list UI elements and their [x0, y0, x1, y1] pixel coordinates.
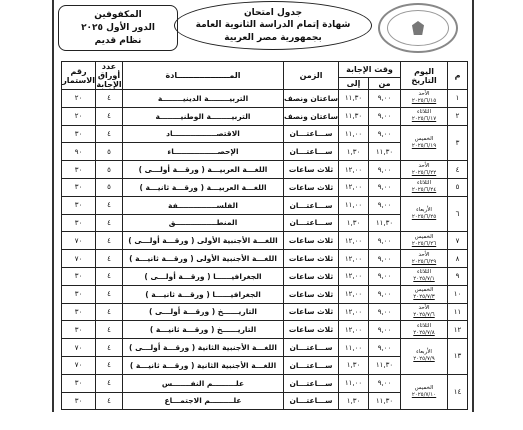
day-date-cell: الأحد٢٠٢٥/٦/٢٢ [401, 161, 448, 179]
subject: التاريــــــخ ( ورقـــة ثانيـــة ) [123, 321, 284, 339]
form-number: ٣٠ [62, 267, 96, 285]
start-time: ٩,٠٠ [369, 107, 401, 125]
subject: الجغرافيــــــا ( ورقـــة ثانيـــة ) [123, 285, 284, 303]
session-info-box: المكفوفين الدور الأول ٢٠٢٥ نظام قديم [58, 5, 178, 51]
col-header-sheets: عدد أوراق الإجابة [96, 62, 123, 90]
day-date-cell: الثلاثاء٢٠٢٥/٧/٨ [401, 321, 448, 339]
eagle-emblem-icon [412, 21, 424, 35]
row-number: ١٤ [448, 374, 468, 410]
end-time: ١٢,٠٠ [339, 285, 369, 303]
day-name: الثلاثاء [401, 269, 447, 276]
form-number: ٧٠ [62, 339, 96, 357]
exam-date: ٢٠٢٥/٦/٢٦ [401, 241, 447, 248]
day-name: الأربعاء [401, 207, 447, 214]
exam-date: ٢٠٢٥/٦/٢٩ [401, 259, 447, 266]
day-name: الثلاثاء [401, 180, 447, 187]
exam-date: ٢٠٢٥/٦/٢٢ [401, 170, 447, 177]
end-time: ١٢,٠٠ [339, 303, 369, 321]
duration: ثلاث ساعات [284, 178, 339, 196]
exam-date: ٢٠٢٥/٧/٣ [401, 294, 447, 301]
form-number: ٩٠ [62, 143, 96, 161]
start-time: ٩,٠٠ [369, 321, 401, 339]
day-date-cell: الثلاثاء٢٠٢٥/٦/١٧ [401, 107, 448, 125]
duration: ســـاعتـــان [284, 374, 339, 392]
exam-date: ٢٠٢٥/٧/٩ [401, 356, 447, 363]
duration: ثلاث ساعات [284, 267, 339, 285]
row-number: ١٠ [448, 285, 468, 303]
subject: اللغـــة الأجنبية الثانية ( ورقـــة ثاني… [123, 356, 284, 374]
exam-date: ٢٠٢٥/٦/٢٤ [401, 187, 447, 194]
answer-sheets-count: ٤ [96, 267, 123, 285]
subject: اللغـــة الأجنبية الأولى ( ورقـــة ثانيـ… [123, 250, 284, 268]
answer-sheets-count: ٤ [96, 374, 123, 392]
row-number: ١٣ [448, 339, 468, 375]
table-row: ١٢الثلاثاء٢٠٢٥/٧/٨٩,٠٠١٢,٠٠ثلاث ساعاتالت… [62, 321, 468, 339]
day-name: الخميس [401, 136, 447, 143]
duration: ســـاعتـــان [284, 214, 339, 232]
day-date-cell: الخميس٢٠٢٥/٦/١٩ [401, 125, 448, 161]
start-time: ٩,٠٠ [369, 374, 401, 392]
table-row: ١٠الخميس٢٠٢٥/٧/٣٩,٠٠١٢,٠٠ثلاث ساعاتالجغر… [62, 285, 468, 303]
answer-sheets-count: ٥ [96, 178, 123, 196]
start-time: ٩,٠٠ [369, 232, 401, 250]
day-date-cell: الثلاثاء٢٠٢٥/٦/٢٤ [401, 178, 448, 196]
col-header-day-date: اليوم التاريخ [401, 62, 448, 90]
day-name: الخميس [401, 287, 447, 294]
day-name: الخميس [401, 385, 447, 392]
start-time: ٩,٠٠ [369, 90, 401, 108]
answer-sheets-count: ٤ [96, 392, 123, 410]
end-time: ١١,٠٠ [339, 196, 369, 214]
subject: الجغرافيــــــا ( ورقـــة أولـــى ) [123, 267, 284, 285]
day-date-cell: الأحد٢٠٢٥/٦/١٥ [401, 90, 448, 108]
subject: الاقتصـــــــــــــــــاد [123, 125, 284, 143]
exam-date: ٢٠٢٥/٦/٢٥ [401, 214, 447, 221]
duration: ثلاث ساعات [284, 161, 339, 179]
day-date-cell: الخميس٢٠٢٥/٦/٢٦ [401, 232, 448, 250]
duration: ثلاث ساعات [284, 303, 339, 321]
exam-date: ٢٠٢٥/٧/٦ [401, 312, 447, 319]
subject: الإحصـــــــــــــــــاء [123, 143, 284, 161]
table-row: ١الأحد٢٠٢٥/٦/١٥٩,٠٠١١,٣٠ساعتان ونصفالترب… [62, 90, 468, 108]
row-number: ٥ [448, 178, 468, 196]
form-number: ٣٠ [62, 321, 96, 339]
day-name: الخميس [401, 234, 447, 241]
day-date-cell: الأربعاء٢٠٢٥/٦/٢٥ [401, 196, 448, 232]
answer-sheets-count: ٤ [96, 90, 123, 108]
schedule-body: ١الأحد٢٠٢٥/٦/١٥٩,٠٠١١,٣٠ساعتان ونصفالترب… [62, 90, 468, 410]
form-number: ٣٠ [62, 178, 96, 196]
start-time: ٩,٠٠ [369, 125, 401, 143]
row-number: ٧ [448, 232, 468, 250]
table-row: ٢الثلاثاء٢٠٢٥/٦/١٧٩,٠٠١١,٣٠ساعتان ونصفال… [62, 107, 468, 125]
row-number: ١ [448, 90, 468, 108]
seal-inner [387, 10, 449, 46]
day-date-cell: الخميس٢٠٢٥/٧/٣ [401, 285, 448, 303]
day-name: الأحد [401, 305, 447, 312]
form-number: ٣٠ [62, 214, 96, 232]
form-number: ٣٠ [62, 161, 96, 179]
duration: ساعتان ونصف [284, 107, 339, 125]
day-name: الأحد [401, 252, 447, 259]
table-row: ١٣الأربعاء٢٠٢٥/٧/٩٩,٠٠١١,٠٠ســـاعتـــانا… [62, 339, 468, 357]
day-name: الأحد [401, 91, 447, 98]
exam-date: ٢٠٢٥/٦/١٧ [401, 116, 447, 123]
day-date-cell: الخميس٢٠٢٥/٧/١٠ [401, 374, 448, 410]
row-number: ٢ [448, 107, 468, 125]
end-time: ١١,٣٠ [339, 90, 369, 108]
answer-sheets-count: ٤ [96, 125, 123, 143]
end-time: ١٢,٠٠ [339, 267, 369, 285]
start-time: ٩,٠٠ [369, 250, 401, 268]
subject: التاريــــــخ ( ورقـــة أولـــى ) [123, 303, 284, 321]
col-header-to: إلى [339, 78, 369, 90]
end-time: ١٢,٠٠ [339, 161, 369, 179]
subject: التربيــــــــة الدينيــــــــة [123, 90, 284, 108]
start-time: ٩,٠٠ [369, 267, 401, 285]
exam-date: ٢٠٢٥/٧/١٠ [401, 392, 447, 399]
session-label: الدور الأول ٢٠٢٥ [81, 22, 155, 35]
duration: ســـاعتـــان [284, 125, 339, 143]
table-row: ١٤الخميس٢٠٢٥/٧/١٠٩,٠٠١١,٠٠ســـاعتـــانعل… [62, 374, 468, 392]
col-header-answer-time: وقت الإجابة [339, 62, 401, 78]
duration: ســـاعتـــان [284, 143, 339, 161]
end-time: ١٢,٠٠ [339, 232, 369, 250]
answer-sheets-count: ٤ [96, 107, 123, 125]
subject: علـــــــــم الاجتمـــاع [123, 392, 284, 410]
table-row: ٩الثلاثاء٢٠٢٥/٧/١٩,٠٠١٢,٠٠ثلاث ساعاتالجغ… [62, 267, 468, 285]
page-border-right [472, 0, 474, 412]
subject: اللغـــة الأجنبية الأولى ( ورقـــة أولــ… [123, 232, 284, 250]
answer-sheets-count: ٤ [96, 356, 123, 374]
form-number: ٣٠ [62, 196, 96, 214]
form-number: ٧٠ [62, 250, 96, 268]
exam-date: ٢٠٢٥/٧/٨ [401, 330, 447, 337]
end-time: ١١,٠٠ [339, 339, 369, 357]
table-row: ٧الخميس٢٠٢٥/٦/٢٦٩,٠٠١٢,٠٠ثلاث ساعاتاللغـ… [62, 232, 468, 250]
ministry-seal-icon [378, 3, 458, 53]
form-number: ٣٠ [62, 125, 96, 143]
answer-sheets-count: ٥ [96, 143, 123, 161]
day-name: الثلاثاء [401, 323, 447, 330]
row-number: ٩ [448, 267, 468, 285]
col-header-form-no: رقم الاستمارة [62, 62, 96, 90]
form-number: ٣٠ [62, 303, 96, 321]
start-time: ٩,٠٠ [369, 196, 401, 214]
answer-sheets-count: ٤ [96, 321, 123, 339]
table-row: ٨الأحد٢٠٢٥/٦/٢٩٩,٠٠١٢,٠٠ثلاث ساعاتاللغــ… [62, 250, 468, 268]
form-number: ٢٠ [62, 90, 96, 108]
form-number: ٧٠ [62, 232, 96, 250]
start-time: ٩,٠٠ [369, 303, 401, 321]
subject: التربيــــــــة الوطنيــــــــة [123, 107, 284, 125]
day-date-cell: الأحد٢٠٢٥/٦/٢٩ [401, 250, 448, 268]
duration: ســـاعتـــان [284, 356, 339, 374]
start-time: ٩,٠٠ [369, 161, 401, 179]
answer-sheets-count: ٤ [96, 232, 123, 250]
title-line-3: بجمهورية مصر العربية [224, 32, 321, 45]
end-time: ١,٣٠ [339, 143, 369, 161]
col-header-no: م [448, 62, 468, 90]
form-number: ٢٠ [62, 107, 96, 125]
form-number: ٣٠ [62, 285, 96, 303]
subject: اللغـــة العربيـــة ( ورقـــة ثانيـــة ) [123, 178, 284, 196]
col-header-subject: المـــــــــــــــــــادة [123, 62, 284, 90]
answer-sheets-count: ٤ [96, 285, 123, 303]
form-number: ٧٠ [62, 356, 96, 374]
start-time: ١١,٣٠ [369, 392, 401, 410]
row-number: ٨ [448, 250, 468, 268]
row-number: ١٢ [448, 321, 468, 339]
subject: الفلســـــــــــــــفة [123, 196, 284, 214]
form-number: ٣٠ [62, 392, 96, 410]
start-time: ٩,٠٠ [369, 178, 401, 196]
duration: ثلاث ساعات [284, 321, 339, 339]
end-time: ١٢,٠٠ [339, 178, 369, 196]
exam-date: ٢٠٢٥/٦/١٩ [401, 143, 447, 150]
row-number: ٣ [448, 125, 468, 161]
day-date-cell: الأحد٢٠٢٥/٧/٦ [401, 303, 448, 321]
subject: علـــــــــم النفـــــــس [123, 374, 284, 392]
document-title: جدول امتحان شهادة إتمام الدراسة الثانوية… [174, 1, 372, 50]
start-time: ١١,٣٠ [369, 214, 401, 232]
subject: المنطــــــــــــــــق [123, 214, 284, 232]
duration: ثلاث ساعات [284, 250, 339, 268]
end-time: ١١,٣٠ [339, 107, 369, 125]
exam-date: ٢٠٢٥/٧/١ [401, 276, 447, 283]
table-row: ٣الخميس٢٠٢٥/٦/١٩٩,٠٠١١,٠٠ســـاعتـــانالا… [62, 125, 468, 143]
duration: ساعتان ونصف [284, 90, 339, 108]
subject: اللغـــة الأجنبية الثانية ( ورقـــة أولـ… [123, 339, 284, 357]
duration: ســـاعتـــان [284, 339, 339, 357]
day-name: الأحد [401, 163, 447, 170]
duration: ثلاث ساعات [284, 285, 339, 303]
day-name: الأربعاء [401, 349, 447, 356]
category-label: المكفوفين [94, 9, 142, 22]
form-number: ٣٠ [62, 374, 96, 392]
start-time: ١١,٣٠ [369, 143, 401, 161]
start-time: ١١,٣٠ [369, 356, 401, 374]
duration: ســـاعتـــان [284, 392, 339, 410]
duration: ثلاث ساعات [284, 232, 339, 250]
end-time: ١٢,٠٠ [339, 250, 369, 268]
end-time: ١١,٠٠ [339, 125, 369, 143]
end-time: ١,٣٠ [339, 356, 369, 374]
col-header-from: من [369, 78, 401, 90]
answer-sheets-count: ٤ [96, 339, 123, 357]
answer-sheets-count: ٤ [96, 303, 123, 321]
title-line-1: جدول امتحان [244, 7, 302, 20]
end-time: ١,٣٠ [339, 214, 369, 232]
table-row: ٤الأحد٢٠٢٥/٦/٢٢٩,٠٠١٢,٠٠ثلاث ساعاتاللغــ… [62, 161, 468, 179]
row-number: ١١ [448, 303, 468, 321]
answer-sheets-count: ٤ [96, 214, 123, 232]
subject: اللغـــة العربيـــة ( ورقـــة أولـــى ) [123, 161, 284, 179]
day-date-cell: الأربعاء٢٠٢٥/٧/٩ [401, 339, 448, 375]
day-name: الثلاثاء [401, 109, 447, 116]
col-header-duration: الزمن [284, 62, 339, 90]
day-date-cell: الثلاثاء٢٠٢٥/٧/١ [401, 267, 448, 285]
end-time: ١,٣٠ [339, 392, 369, 410]
start-time: ٩,٠٠ [369, 339, 401, 357]
answer-sheets-count: ٤ [96, 250, 123, 268]
table-row: ٦الأربعاء٢٠٢٥/٦/٢٥٩,٠٠١١,٠٠ســـاعتـــانا… [62, 196, 468, 214]
table-row: ٥الثلاثاء٢٠٢٥/٦/٢٤٩,٠٠١٢,٠٠ثلاث ساعاتالل… [62, 178, 468, 196]
table-row: ١١الأحد٢٠٢٥/٧/٦٩,٠٠١٢,٠٠ثلاث ساعاتالتاري… [62, 303, 468, 321]
page-border-left [52, 0, 54, 412]
exam-schedule-table: م اليوم التاريخ وقت الإجابة الزمن المـــ… [61, 61, 468, 410]
answer-sheets-count: ٤ [96, 196, 123, 214]
duration: ســـاعتـــان [284, 196, 339, 214]
end-time: ١١,٠٠ [339, 374, 369, 392]
start-time: ٩,٠٠ [369, 285, 401, 303]
end-time: ١٢,٠٠ [339, 321, 369, 339]
answer-sheets-count: ٥ [96, 161, 123, 179]
row-number: ٦ [448, 196, 468, 232]
row-number: ٤ [448, 161, 468, 179]
system-label: نظام قديم [95, 35, 142, 48]
title-line-2: شهادة إتمام الدراسة الثانوية العامة [196, 19, 351, 32]
exam-date: ٢٠٢٥/٦/١٥ [401, 98, 447, 105]
